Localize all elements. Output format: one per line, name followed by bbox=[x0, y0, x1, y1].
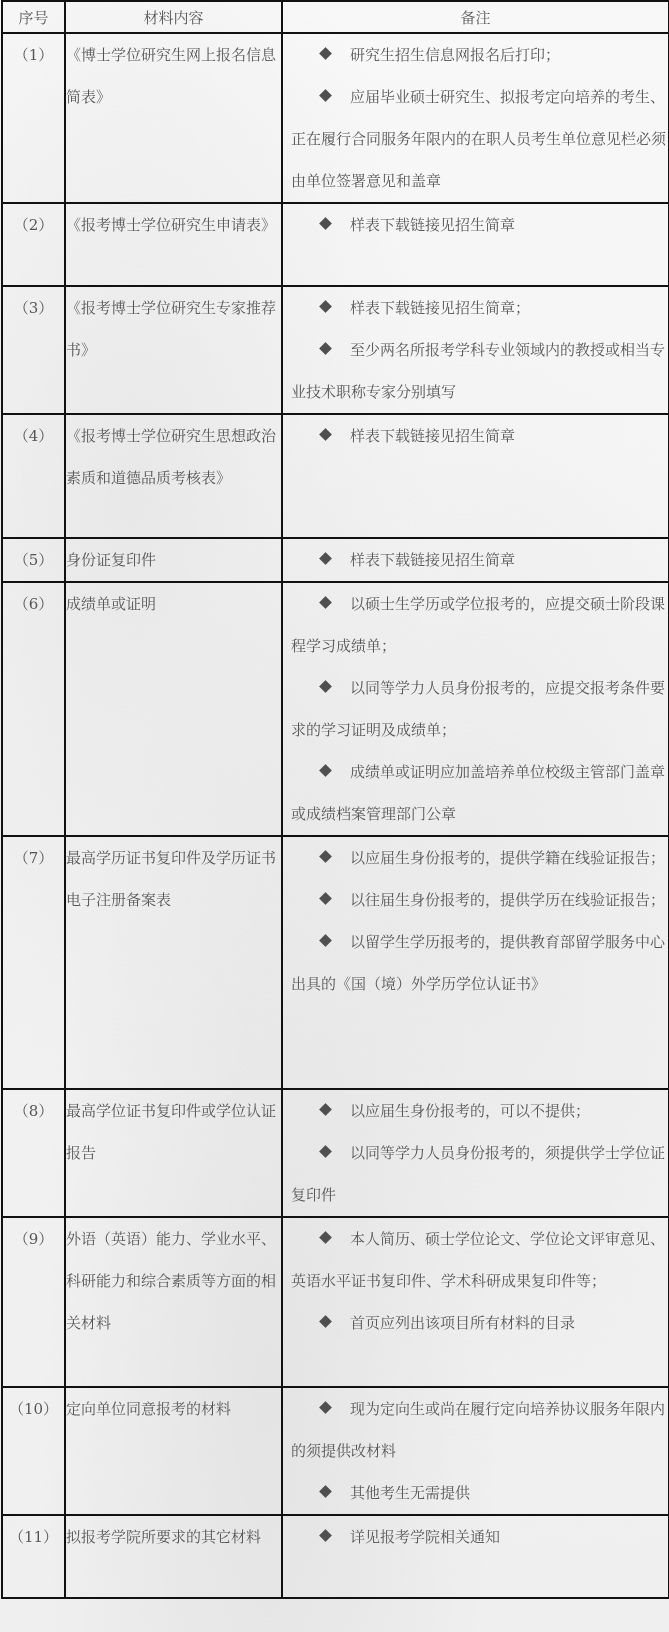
note-text: 研究生招生信息网报名后打印； bbox=[350, 46, 560, 64]
note-item: 样表下载链接见招生简章 bbox=[291, 415, 668, 457]
diamond-bullet-icon bbox=[319, 1231, 332, 1244]
note-item: 至少两名所报考学科专业领域内的教授或相当专业技术职称专家分别填写 bbox=[291, 329, 668, 413]
note-item: 样表下载链接见招生简章； bbox=[291, 287, 668, 329]
table-row: （8）最高学位证书复印件或学位认证报告以应届生身份报考的，可以不提供；以同等学力… bbox=[2, 1089, 669, 1217]
notes-cell: 样表下载链接见招生简章；至少两名所报考学科专业领域内的教授或相当专业技术职称专家… bbox=[282, 286, 669, 414]
notes-cell: 本人简历、硕士学位论文、学位论文评审意见、英语水平证书复印件、学术科研成果复印件… bbox=[282, 1217, 669, 1387]
table-row: （7）最高学历证书复印件及学历证书电子注册备案表以应届生身份报考的，提供学籍在线… bbox=[2, 836, 669, 1089]
note-item: 成绩单或证明应加盖培养单位校级主管部门盖章或成绩档案管理部门公章 bbox=[291, 751, 668, 835]
diamond-bullet-icon bbox=[319, 1103, 332, 1116]
note-text: 以应届生身份报考的，提供学籍在线验证报告； bbox=[350, 849, 665, 867]
row-number: （7） bbox=[2, 836, 65, 1089]
note-item: 首页应列出该项目所有材料的目录 bbox=[291, 1302, 668, 1344]
header-no: 序号 bbox=[2, 1, 65, 33]
row-number: （4） bbox=[2, 414, 65, 538]
note-item: 研究生招生信息网报名后打印； bbox=[291, 34, 668, 76]
note-text: 样表下载链接见招生简章 bbox=[350, 551, 515, 569]
note-item: 其他考生无需提供 bbox=[291, 1472, 668, 1514]
note-item: 应届毕业硕士研究生、拟报考定向培养的考生、正在履行合同服务年限内的在职人员考生单… bbox=[291, 76, 668, 202]
diamond-bullet-icon bbox=[319, 428, 332, 441]
row-number: （2） bbox=[2, 203, 65, 286]
note-item: 以应届生身份报考的，提供学籍在线验证报告； bbox=[291, 837, 668, 879]
note-item: 以留学生学历报考的，提供教育部留学服务中心出具的《国（境）外学历学位认证书》 bbox=[291, 921, 668, 1005]
diamond-bullet-icon bbox=[319, 47, 332, 60]
notes-cell: 以硕士生学历或学位报考的，应提交硕士阶段课程学习成绩单；以同等学力人员身份报考的… bbox=[282, 582, 669, 836]
note-item: 以同等学力人员身份报考的，应提交报考条件要求的学习证明及成绩单； bbox=[291, 667, 668, 751]
note-text: 样表下载链接见招生简章； bbox=[350, 299, 530, 317]
notes-cell: 以应届生身份报考的，提供学籍在线验证报告；以往届生身份报考的，提供学历在线验证报… bbox=[282, 836, 669, 1089]
note-text: 以同等学力人员身份报考的，须提供学士学位证复印件 bbox=[291, 1144, 665, 1204]
material-content: 拟报考学院所要求的其它材料 bbox=[65, 1515, 282, 1598]
row-number: （10） bbox=[2, 1387, 65, 1515]
note-text: 成绩单或证明应加盖培养单位校级主管部门盖章或成绩档案管理部门公章 bbox=[291, 763, 665, 823]
row-number: （6） bbox=[2, 582, 65, 836]
notes-cell: 样表下载链接见招生简章 bbox=[282, 203, 669, 286]
header-row: 序号 材料内容 备注 bbox=[2, 1, 669, 33]
table-row: （6）成绩单或证明以硕士生学历或学位报考的，应提交硕士阶段课程学习成绩单；以同等… bbox=[2, 582, 669, 836]
row-number: （3） bbox=[2, 286, 65, 414]
note-item: 以往届生身份报考的，提供学历在线验证报告； bbox=[291, 879, 668, 921]
diamond-bullet-icon bbox=[319, 1485, 332, 1498]
diamond-bullet-icon bbox=[319, 1529, 332, 1542]
table-row: （11）拟报考学院所要求的其它材料详见报考学院相关通知 bbox=[2, 1515, 669, 1598]
row-number: （11） bbox=[2, 1515, 65, 1598]
material-content: 《报考博士学位研究生专家推荐书》 bbox=[65, 286, 282, 414]
material-content: 《博士学位研究生网上报名信息简表》 bbox=[65, 33, 282, 203]
table-row: （9）外语（英语）能力、学业水平、科研能力和综合素质等方面的相关材料本人简历、硕… bbox=[2, 1217, 669, 1387]
material-content: 最高学历证书复印件及学历证书电子注册备案表 bbox=[65, 836, 282, 1089]
diamond-bullet-icon bbox=[319, 680, 332, 693]
note-item: 样表下载链接见招生简章 bbox=[291, 204, 668, 246]
materials-table: 序号 材料内容 备注 （1）《博士学位研究生网上报名信息简表》研究生招生信息网报… bbox=[1, 0, 669, 1599]
note-text: 首页应列出该项目所有材料的目录 bbox=[350, 1314, 575, 1332]
header-notes: 备注 bbox=[282, 1, 669, 33]
diamond-bullet-icon bbox=[319, 552, 332, 565]
notes-cell: 以应届生身份报考的，可以不提供；以同等学力人员身份报考的，须提供学士学位证复印件 bbox=[282, 1089, 669, 1217]
note-text: 现为定向生或尚在履行定向培养协议服务年限内的须提供改材料 bbox=[291, 1400, 665, 1460]
diamond-bullet-icon bbox=[319, 764, 332, 777]
diamond-bullet-icon bbox=[319, 1145, 332, 1158]
material-content: 最高学位证书复印件或学位认证报告 bbox=[65, 1089, 282, 1217]
note-item: 以同等学力人员身份报考的，须提供学士学位证复印件 bbox=[291, 1132, 668, 1216]
note-text: 详见报考学院相关通知 bbox=[350, 1528, 500, 1546]
diamond-bullet-icon bbox=[319, 596, 332, 609]
table-row: （4）《报考博士学位研究生思想政治素质和道德品质考核表》样表下载链接见招生简章 bbox=[2, 414, 669, 538]
note-text: 样表下载链接见招生简章 bbox=[350, 216, 515, 234]
material-content: 定向单位同意报考的材料 bbox=[65, 1387, 282, 1515]
table-row: （5）身份证复印件样表下载链接见招生简章 bbox=[2, 538, 669, 582]
row-number: （5） bbox=[2, 538, 65, 582]
row-number: （8） bbox=[2, 1089, 65, 1217]
notes-cell: 样表下载链接见招生简章 bbox=[282, 538, 669, 582]
notes-cell: 样表下载链接见招生简章 bbox=[282, 414, 669, 538]
diamond-bullet-icon bbox=[319, 934, 332, 947]
notes-cell: 研究生招生信息网报名后打印；应届毕业硕士研究生、拟报考定向培养的考生、正在履行合… bbox=[282, 33, 669, 203]
note-text: 以硕士生学历或学位报考的，应提交硕士阶段课程学习成绩单； bbox=[291, 595, 665, 655]
diamond-bullet-icon bbox=[319, 217, 332, 230]
diamond-bullet-icon bbox=[319, 850, 332, 863]
diamond-bullet-icon bbox=[319, 300, 332, 313]
table-row: （3）《报考博士学位研究生专家推荐书》样表下载链接见招生简章；至少两名所报考学科… bbox=[2, 286, 669, 414]
material-content: 《报考博士学位研究生思想政治素质和道德品质考核表》 bbox=[65, 414, 282, 538]
note-item: 本人简历、硕士学位论文、学位论文评审意见、英语水平证书复印件、学术科研成果复印件… bbox=[291, 1218, 668, 1302]
diamond-bullet-icon bbox=[319, 1401, 332, 1414]
note-text: 以往届生身份报考的，提供学历在线验证报告； bbox=[350, 891, 665, 909]
table-row: （2）《报考博士学位研究生申请表》样表下载链接见招生简章 bbox=[2, 203, 669, 286]
material-content: 《报考博士学位研究生申请表》 bbox=[65, 203, 282, 286]
note-text: 其他考生无需提供 bbox=[350, 1484, 470, 1502]
table-body: （1）《博士学位研究生网上报名信息简表》研究生招生信息网报名后打印；应届毕业硕士… bbox=[2, 33, 669, 1598]
note-item: 以应届生身份报考的，可以不提供； bbox=[291, 1090, 668, 1132]
note-item: 详见报考学院相关通知 bbox=[291, 1516, 668, 1558]
material-content: 外语（英语）能力、学业水平、科研能力和综合素质等方面的相关材料 bbox=[65, 1217, 282, 1387]
note-text: 应届毕业硕士研究生、拟报考定向培养的考生、正在履行合同服务年限内的在职人员考生单… bbox=[291, 88, 666, 190]
note-item: 现为定向生或尚在履行定向培养协议服务年限内的须提供改材料 bbox=[291, 1388, 668, 1472]
row-number: （9） bbox=[2, 1217, 65, 1387]
diamond-bullet-icon bbox=[319, 1315, 332, 1328]
material-content: 身份证复印件 bbox=[65, 538, 282, 582]
note-item: 以硕士生学历或学位报考的，应提交硕士阶段课程学习成绩单； bbox=[291, 583, 668, 667]
note-text: 以同等学力人员身份报考的，应提交报考条件要求的学习证明及成绩单； bbox=[291, 679, 665, 739]
note-text: 本人简历、硕士学位论文、学位论文评审意见、英语水平证书复印件、学术科研成果复印件… bbox=[291, 1230, 665, 1290]
note-text: 以应届生身份报考的，可以不提供； bbox=[350, 1102, 590, 1120]
row-number: （1） bbox=[2, 33, 65, 203]
header-material: 材料内容 bbox=[65, 1, 282, 33]
note-text: 样表下载链接见招生简章 bbox=[350, 427, 515, 445]
notes-cell: 现为定向生或尚在履行定向培养协议服务年限内的须提供改材料其他考生无需提供 bbox=[282, 1387, 669, 1515]
diamond-bullet-icon bbox=[319, 892, 332, 905]
note-text: 以留学生学历报考的，提供教育部留学服务中心出具的《国（境）外学历学位认证书》 bbox=[291, 933, 665, 993]
diamond-bullet-icon bbox=[319, 342, 332, 355]
note-text: 至少两名所报考学科专业领域内的教授或相当专业技术职称专家分别填写 bbox=[291, 341, 665, 401]
table-row: （1）《博士学位研究生网上报名信息简表》研究生招生信息网报名后打印；应届毕业硕士… bbox=[2, 33, 669, 203]
diamond-bullet-icon bbox=[319, 89, 332, 102]
notes-cell: 详见报考学院相关通知 bbox=[282, 1515, 669, 1598]
material-content: 成绩单或证明 bbox=[65, 582, 282, 836]
table-row: （10）定向单位同意报考的材料现为定向生或尚在履行定向培养协议服务年限内的须提供… bbox=[2, 1387, 669, 1515]
note-item: 样表下载链接见招生简章 bbox=[291, 539, 668, 581]
